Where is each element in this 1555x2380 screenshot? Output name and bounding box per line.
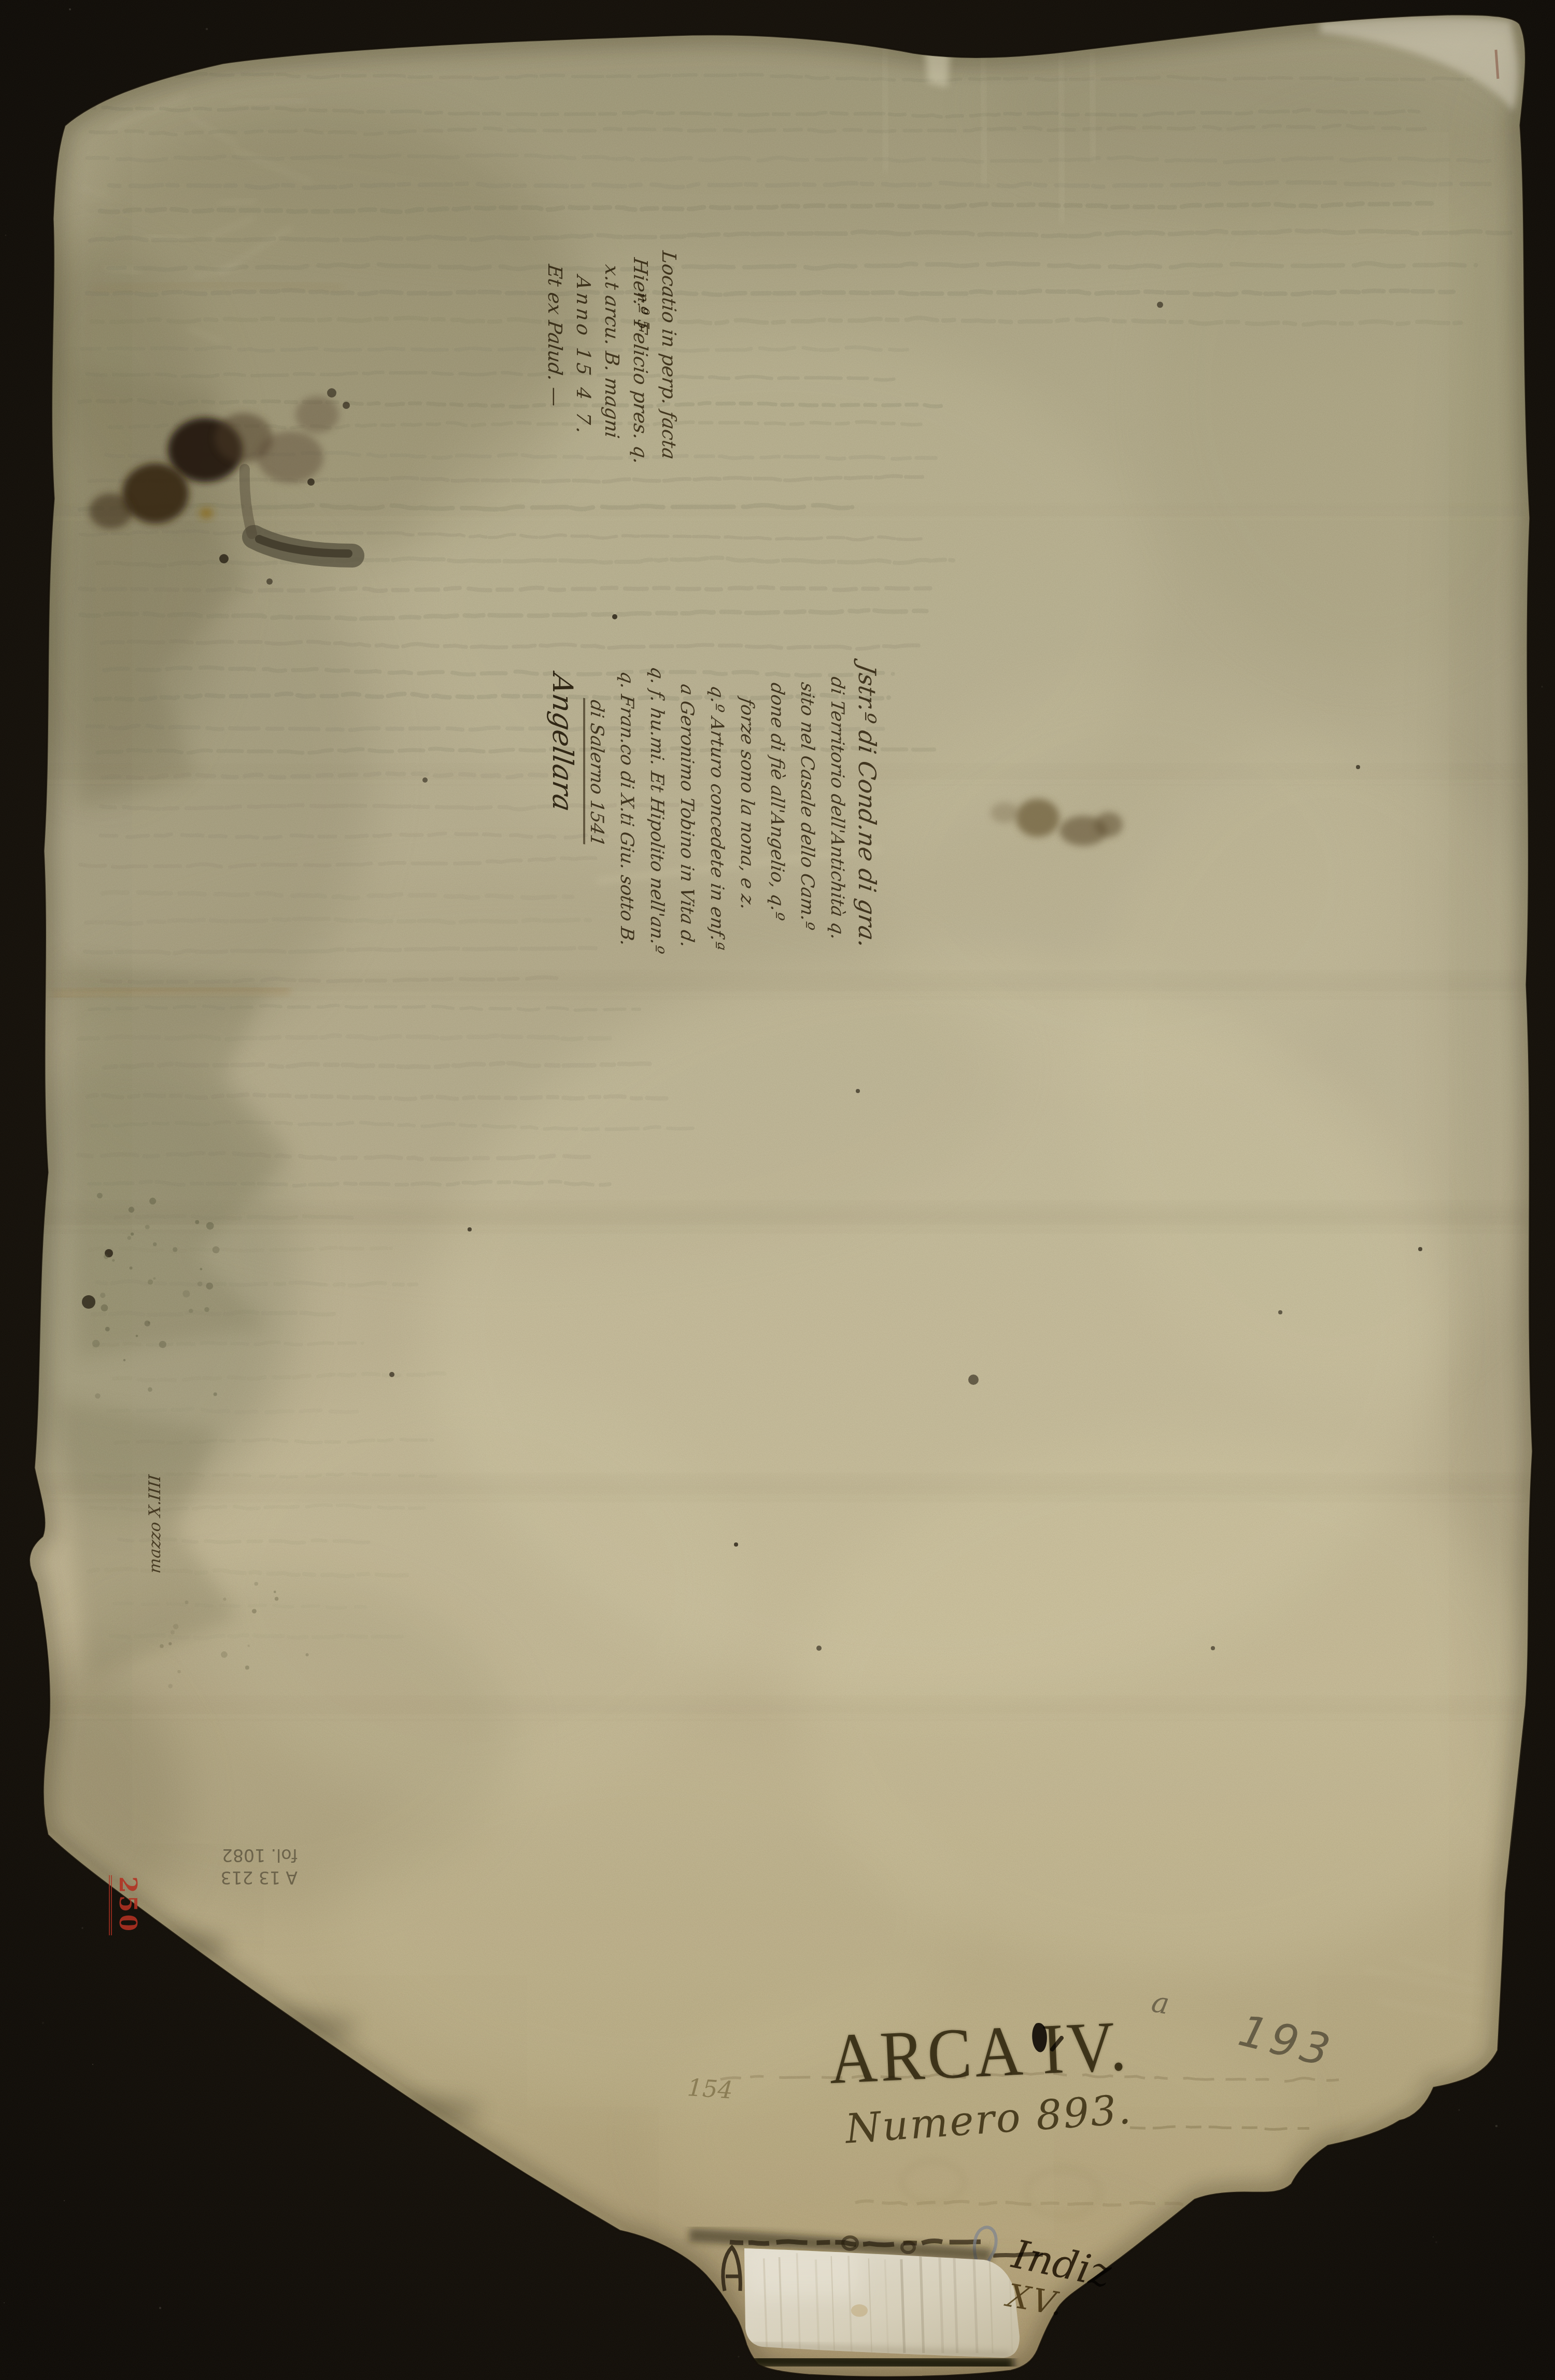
regesto-line: forze sono la nona, e z. xyxy=(732,640,762,891)
regesto-date-line: di Salerno 1541 xyxy=(582,616,612,867)
faint-number-note: 154 xyxy=(686,2073,733,2104)
locatio-line: Anno 15 4 7. xyxy=(569,238,598,459)
regesto-line: Jstr.º di Cond.ne di gra. xyxy=(852,659,882,910)
pencil-note-upside-down: A 13 213 fol. 1082 xyxy=(141,1837,298,1889)
regesto-line: q. Fran.co di X.ti Giu. sotto B. xyxy=(612,620,642,872)
regesto-line: di Territorio dell'Antichità q. xyxy=(822,654,852,905)
locatio-line: x.t arcu. B. magni xyxy=(598,242,626,463)
regesto-line: done di fiè all'Angelio, q.º xyxy=(762,644,792,896)
regesto-line: q. f. hu.mi. Et Hipolito nell'an.º xyxy=(642,626,672,877)
scanned-parchment-page: n.º 5 Locatio in perp. facta Hier.º Feli… xyxy=(0,0,1555,2380)
regesto-line: a Geronimo Tobino in Vita d. xyxy=(672,630,702,882)
locatio-line: Hier.º Felicio pres. q. xyxy=(626,245,655,466)
mazzo-shelfmark-note: mazzo X.IIII xyxy=(146,1443,169,1575)
parchment-artwork xyxy=(0,0,1555,2380)
locatio-latin-note: Locatio in perp. facta Hier.º Felicio pr… xyxy=(535,234,683,470)
locatio-line: Locatio in perp. facta xyxy=(655,248,683,470)
regesto-line: q.º Arturo concedete in enf.ª xyxy=(702,635,732,886)
regesto-line: sito nel Casale dello Cam.º xyxy=(792,649,822,900)
locatio-line: Et ex Palud. — xyxy=(541,234,569,456)
signature: Angellara xyxy=(547,611,577,862)
pencil-line: A 13 213 xyxy=(141,1866,298,1889)
pencil-line: fol. 1082 xyxy=(141,1844,298,1866)
arca-archive-title: ARCA IV. xyxy=(827,2005,1131,2101)
red-crayon-number: 250 xyxy=(112,1875,142,1943)
